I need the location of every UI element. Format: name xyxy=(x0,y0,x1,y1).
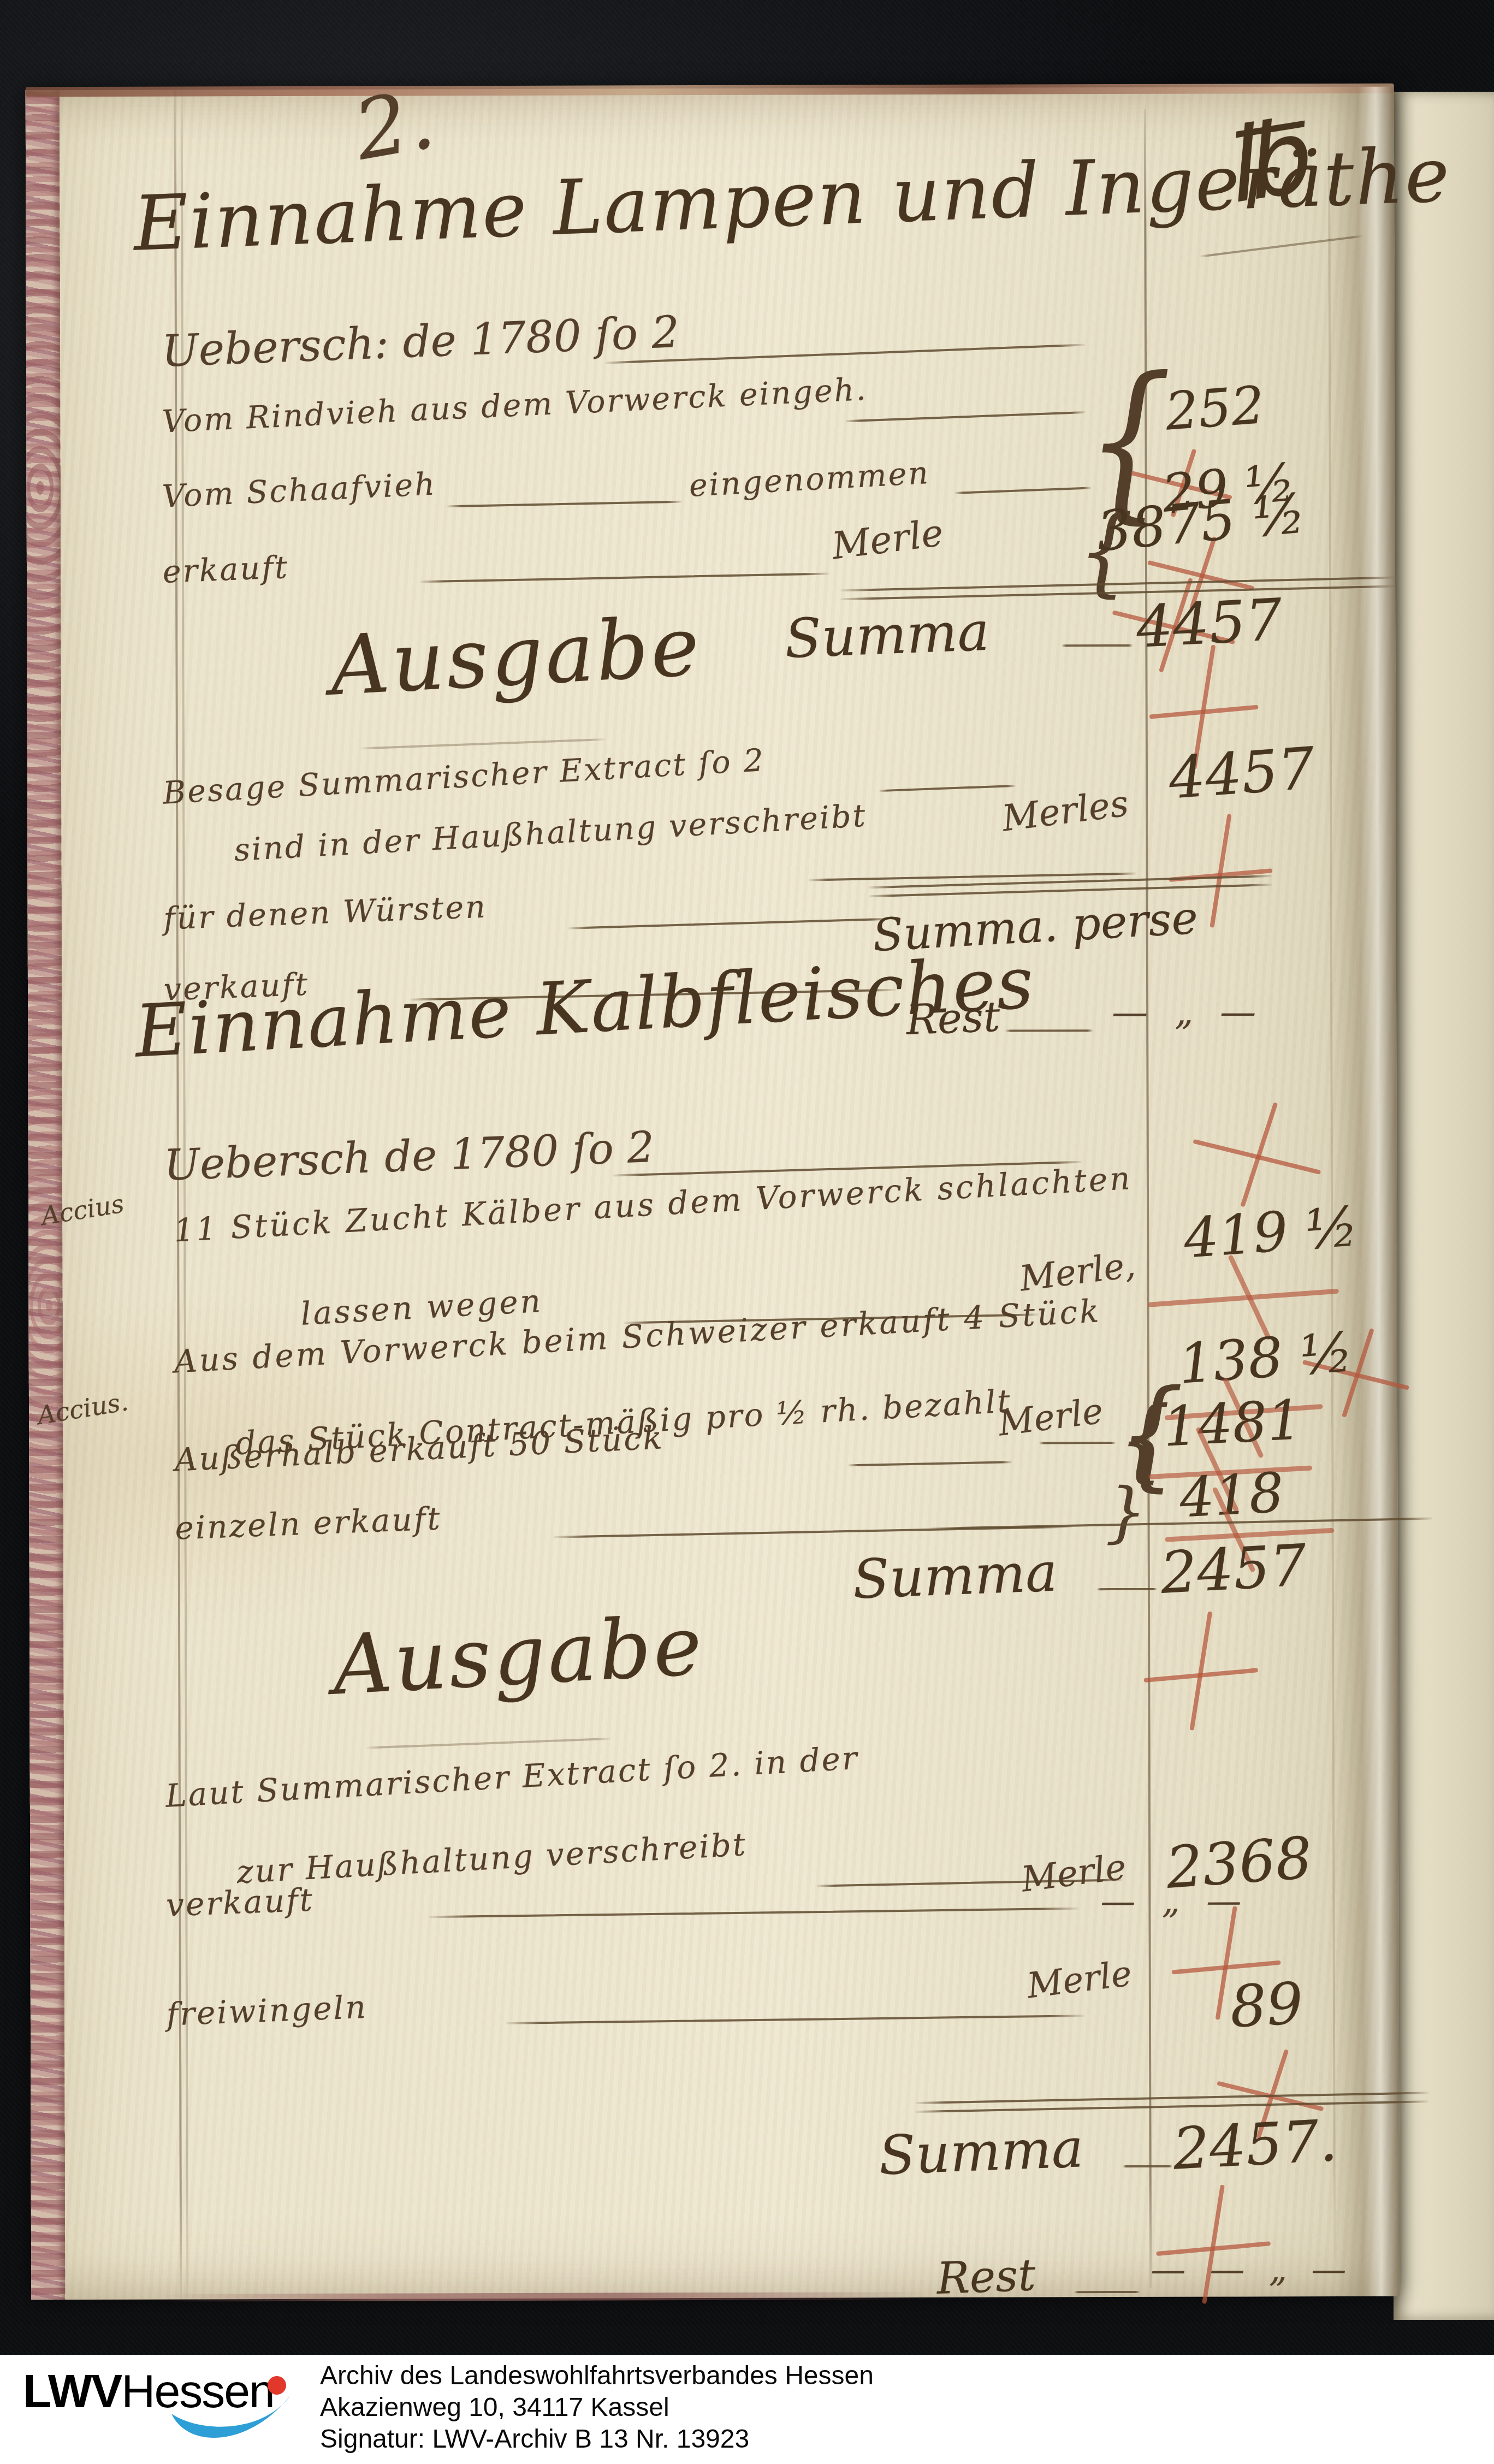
section2-heading: Ausgabe xyxy=(328,599,704,714)
section3-date-line: Uebersch de 1780 ſo 2 xyxy=(163,1123,655,1190)
section2-row3-text: für denen Würsten xyxy=(163,889,488,937)
section3-summa-label: Summa xyxy=(852,1541,1059,1611)
ink-rule xyxy=(568,918,891,929)
ink-rule xyxy=(1062,644,1133,647)
page-bottom-edge xyxy=(162,2292,927,2302)
archive-signature-line: Signatur: LWV-Archiv B 13 Nr. 13923 xyxy=(320,2424,874,2455)
ink-rule xyxy=(1039,1442,1116,1444)
marbled-binding-strip xyxy=(26,90,66,2300)
manuscript-page: 2. ℔ Einnahme Lampen und Ingeräthe Ueber… xyxy=(26,87,1400,2300)
heading-underline xyxy=(366,1738,612,1749)
ink-rule xyxy=(429,1908,1078,1918)
logo-lwv-text: LWV xyxy=(23,2365,121,2418)
section3-row5-value: 1481 xyxy=(1161,1388,1304,1459)
section1-row3-text: erkauft xyxy=(162,549,290,590)
page-fore-edge-shading xyxy=(1329,87,1400,2296)
section1-summa-label: Summa xyxy=(784,601,991,671)
section4-row1-text: Laut Summarischer Extract ſo 2. in der xyxy=(164,1739,859,1815)
section2-row1-text: Besage Summarischer Extract ſo 2 xyxy=(162,742,766,812)
ink-rule xyxy=(879,785,1016,792)
ink-rule xyxy=(955,487,1092,494)
section3-row2-value: 419 ½ xyxy=(1182,1194,1360,1271)
section4-row3-value: — „ — xyxy=(1100,1881,1249,1922)
section4-rest-label: Rest xyxy=(936,2249,1036,2304)
section1-row2-text: Vom Schaafvieh xyxy=(162,466,437,514)
section1-heading: Einnahme Lampen und Ingeräthe xyxy=(132,131,1452,268)
ink-rule xyxy=(1005,1029,1093,1032)
section3-row6-text: einzeln erkauft xyxy=(174,1500,442,1547)
section2-row2-value: 4457 xyxy=(1166,735,1317,812)
section3-row5-label: Merle xyxy=(996,1391,1105,1444)
section2-row2-text: sind in der Haußhaltung verschreibt xyxy=(233,798,868,869)
section4-row3-text: verkauft xyxy=(165,1881,315,1924)
section3-heading: Einnahme Kalbfleisches xyxy=(133,940,1037,1074)
section3-row4-value: 138 ½ xyxy=(1177,1320,1355,1396)
section4-row4-label: Merle xyxy=(1025,1953,1134,2006)
section4-heading: Ausgabe xyxy=(330,1598,707,1714)
ink-rule xyxy=(420,572,829,583)
entry-brace: } xyxy=(1105,1474,1147,1550)
section1-date-line: Uebersch: de 1780 ſo 2 xyxy=(161,306,680,377)
ink-rule xyxy=(845,411,1086,423)
section4-row4-value: 89 xyxy=(1228,1970,1305,2040)
section4-summa-value: 2457. xyxy=(1171,2107,1339,2182)
section3-row2-label: Merle, xyxy=(1017,1245,1137,1300)
archive-address-line: Akazienweg 10, 34117 Kassel xyxy=(320,2392,874,2424)
archival-scan-view: 2. ℔ Einnahme Lampen und Ingeräthe Ueber… xyxy=(0,0,1494,2464)
section2-rest-value: — „ — xyxy=(1112,991,1264,1033)
section2-row2-label: Merles xyxy=(1000,782,1131,839)
audit-strike-mark xyxy=(1148,1289,1339,1307)
section4-row4-text: freiwingeln xyxy=(165,1988,367,2033)
ink-rule xyxy=(506,2015,1084,2024)
ink-rule xyxy=(1074,2291,1140,2293)
section3-summa-value: 2457 xyxy=(1159,1532,1308,1606)
heading-underline xyxy=(360,738,606,750)
section1-row2-text2: eingenommen xyxy=(688,455,930,504)
archive-footer-bar: LWVHessen Archiv des Landeswohlfahrtsver… xyxy=(0,2355,1494,2464)
next-page-fore-edge xyxy=(1394,92,1494,2320)
ink-rule xyxy=(1097,1588,1157,1590)
section1-row3-label: Merle xyxy=(829,512,946,568)
archive-name-line: Archiv des Landeswohlfahrtsverbandes Hes… xyxy=(320,2360,874,2392)
page-top-edge xyxy=(26,84,1394,97)
section1-row1-text: Vom Rindvieh aus dem Vorwerck eingeh. xyxy=(161,371,868,440)
ink-rule xyxy=(848,1461,1012,1466)
ink-rule xyxy=(1123,2165,1172,2167)
section4-summa-label: Summa xyxy=(878,2117,1084,2187)
ink-rule xyxy=(447,501,682,508)
folio-mark: 2. xyxy=(347,72,441,179)
section4-rest-value: — — „ — xyxy=(1151,2249,1353,2290)
logo-swoosh-icon xyxy=(164,2369,300,2462)
section1-row1-value: 252 xyxy=(1163,375,1266,442)
audit-cross-mark xyxy=(1191,1100,1323,1210)
audit-plus-mark xyxy=(1143,1610,1259,1731)
